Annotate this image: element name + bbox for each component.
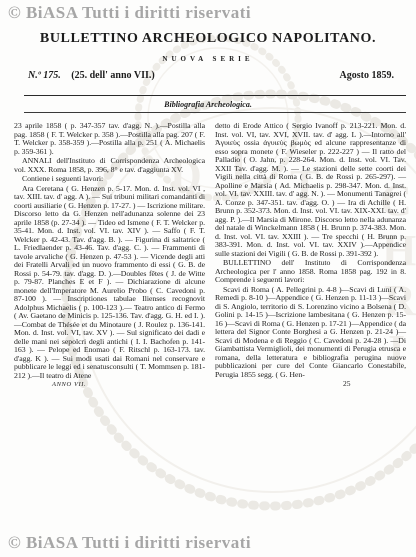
sheet-signature-number: 25 [343, 380, 406, 389]
left-paragraph: ANNALI dell'Instituto di Corrispondenza … [14, 157, 205, 174]
section-title: Bibliografia Archeologica. [0, 100, 416, 109]
header-rule [24, 95, 406, 96]
right-paragraph: BULLETTINO dell' Instituto di Corrispond… [215, 259, 406, 285]
body-columns: 23 aprile 1858 ( p. 347-357 tav. d'agg. … [14, 122, 406, 390]
left-paragraph: 23 aprile 1858 ( p. 347-357 tav. d'agg. … [14, 122, 205, 156]
right-paragraph: detto di Erode Attico ( Sergio Ivanoff p… [215, 122, 406, 258]
issue-line: N.º 175. (25. dell' anno VII.) Agosto 18… [28, 70, 402, 81]
issue-note: (25. dell' anno VII.) [71, 70, 154, 81]
left-paragraph: Ara Ceretana ( G. Henzen p. 5-17. Mon. d… [14, 185, 205, 381]
volume-signature: ANNO VII. [52, 381, 205, 390]
issue-date: Agosto 1859. [340, 70, 394, 81]
left-column: 23 aprile 1858 ( p. 347-357 tav. d'agg. … [14, 122, 205, 390]
issue-number: N.º 175. [28, 70, 61, 81]
left-paragraph: Contiene i seguenti lavori: [14, 175, 205, 184]
copyright-watermark-bottom: © BiASA Tutti i diritti riservati [8, 533, 251, 553]
scanned-page: © BiASA Tutti i diritti riservati BULLET… [0, 0, 416, 557]
page-title: BULLETTINO ARCHEOLOGICO NAPOLITANO. [0, 31, 416, 47]
series-subtitle: NUOVA SERIE [0, 55, 416, 63]
right-paragraph: Scavi di Roma ( A. Pellegrini p. 4-8 )—S… [215, 286, 406, 380]
right-column: detto di Erode Attico ( Sergio Ivanoff p… [215, 122, 406, 390]
section-rule [24, 112, 406, 113]
copyright-watermark-top: © BiASA Tutti i diritti riservati [8, 3, 251, 23]
